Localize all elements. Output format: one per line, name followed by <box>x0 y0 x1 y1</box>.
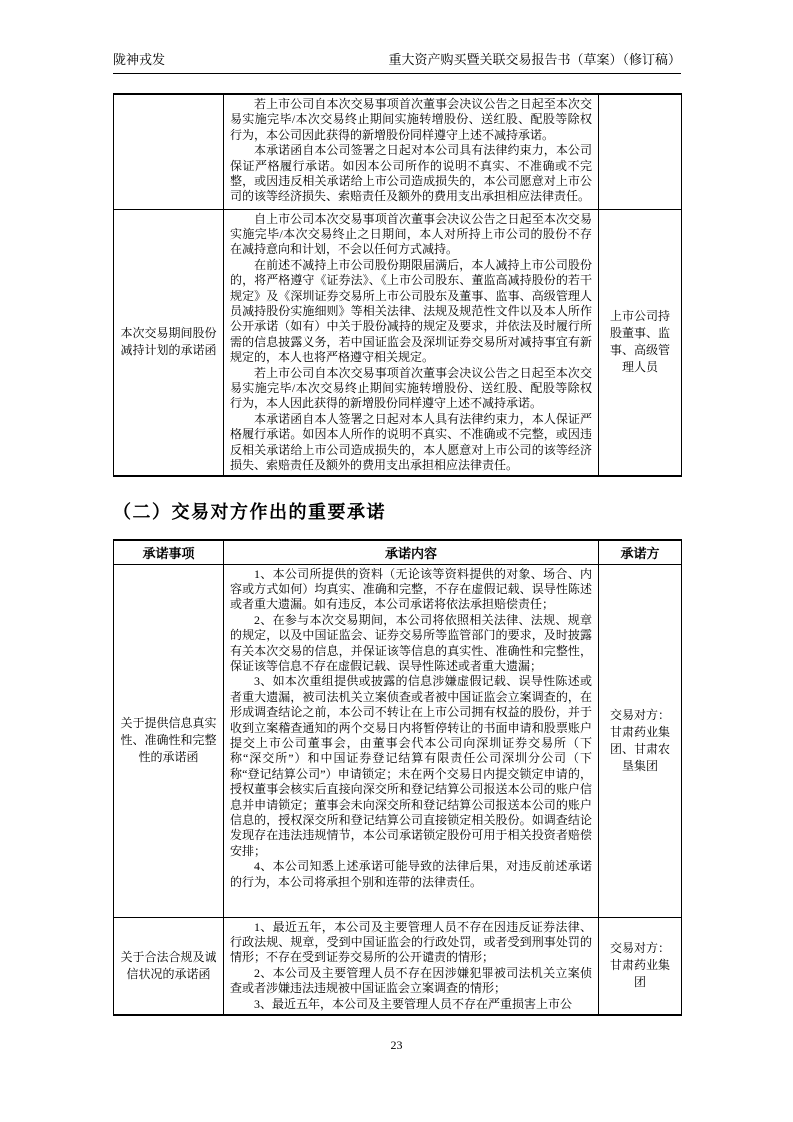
commitment-paragraph: 若上市公司自本次交易事项首次董事会决议公告之日起至本次交易实施完毕/本次交易终止… <box>230 366 592 412</box>
commitment-content-cell: 1、本公司所提供的资料（无论该等资料提供的对象、场合、内容或方式如何）均真实、准… <box>224 564 599 917</box>
commitment-party-cell: 交易对方：甘肃药业集团、甘肃农垦集团 <box>599 564 682 917</box>
header-report-title: 重大资产购买暨关联交易报告书（草案）（修订稿） <box>388 52 681 68</box>
commitment-paragraph: 3、如本次重组提供或披露的信息涉嫌虚假记载、误导性陈述或者重大遗漏，被司法机关立… <box>230 674 592 859</box>
table-row: 若上市公司自本次交易事项首次董事会决议公告之日起至本次交易实施完毕/本次交易终止… <box>114 94 682 209</box>
commitment-paragraph: 自上市公司本次交易事项首次董事会决议公告之日起至本次交易实施完毕/本次交易终止之… <box>230 212 592 258</box>
commitment-content-cell: 1、最近五年，本公司及主要管理人员不存在因违反证券法律、行政法规、规章，受到中国… <box>224 917 599 1015</box>
commitment-item-cell: 关于提供信息真实性、准确性和完整性的承诺函 <box>114 564 224 917</box>
column-header-commitment-content: 承诺内容 <box>224 540 599 564</box>
commitment-paragraph: 2、在参与本次交易期间，本公司将依照相关法律、法规、规章的规定，以及中国证监会、… <box>230 613 592 675</box>
commitment-paragraph: 本承诺函自本人签署之日起对本人具有法律约束力，本人保证严格履行承诺。如因本人所作… <box>230 412 592 474</box>
page-number: 23 <box>0 1038 793 1053</box>
commitment-party-cell <box>599 94 682 209</box>
commitment-paragraph: 4、本公司知悉上述承诺可能导致的法律后果，对违反前述承诺的行为，本公司将承担个别… <box>230 859 592 890</box>
commitment-content-cell: 若上市公司自本次交易事项首次董事会决议公告之日起至本次交易实施完毕/本次交易终止… <box>224 94 599 209</box>
header-company-name: 陇神戎发 <box>113 52 165 68</box>
commitment-item-cell: 本次交易期间股份减持计划的承诺函 <box>114 209 224 476</box>
commitment-paragraph: 1、本公司所提供的资料（无论该等资料提供的对象、场合、内容或方式如何）均真实、准… <box>230 567 592 613</box>
commitment-party-cell: 交易对方：甘肃药业集团 <box>599 917 682 1015</box>
commitment-party-cell: 上市公司持股董事、监事、高级管理人员 <box>599 209 682 476</box>
commitment-paragraph: 若上市公司自本次交易事项首次董事会决议公告之日起至本次交易实施完毕/本次交易终止… <box>230 97 592 143</box>
table-row: 本次交易期间股份减持计划的承诺函 自上市公司本次交易事项首次董事会决议公告之日起… <box>114 209 682 476</box>
commitment-paragraph: 在前述不减持上市公司股份期限届满后，本人减持上市公司股份的，将严格遵守《证券法》… <box>230 258 592 366</box>
commitment-content-cell: 自上市公司本次交易事项首次董事会决议公告之日起至本次交易实施完毕/本次交易终止之… <box>224 209 599 476</box>
counterparty-commitments-table: 承诺事项 承诺内容 承诺方 关于提供信息真实性、准确性和完整性的承诺函 1、本公… <box>113 539 682 1016</box>
column-header-commitment-party: 承诺方 <box>599 540 682 564</box>
commitment-item-cell: 关于合法合规及诚信状况的承诺函 <box>114 917 224 1015</box>
commitment-item-cell <box>114 94 224 209</box>
commitment-paragraph: 本承诺函自本公司签署之日起对本公司具有法律约束力，本公司保证严格履行承诺。如因本… <box>230 143 592 205</box>
document-page: 陇神戎发 重大资产购买暨关联交易报告书（草案）（修订稿） 若上市公司自本次交易事… <box>0 0 793 1122</box>
table-header-row: 承诺事项 承诺内容 承诺方 <box>114 540 682 564</box>
document-header: 陇神戎发 重大资产购买暨关联交易报告书（草案）（修订稿） <box>113 52 681 74</box>
table-row: 关于合法合规及诚信状况的承诺函 1、最近五年，本公司及主要管理人员不存在因违反证… <box>114 917 682 1015</box>
commitment-paragraph: 1、最近五年，本公司及主要管理人员不存在因违反证券法律、行政法规、规章，受到中国… <box>230 920 592 966</box>
table-row: 关于提供信息真实性、准确性和完整性的承诺函 1、本公司所提供的资料（无论该等资料… <box>114 564 682 917</box>
commitment-paragraph: 2、本公司及主要管理人员不存在因涉嫌犯罪被司法机关立案侦查或者涉嫌违法违规被中国… <box>230 966 592 997</box>
commitments-table-continued: 若上市公司自本次交易事项首次董事会决议公告之日起至本次交易实施完毕/本次交易终止… <box>113 93 682 477</box>
section-heading: （二）交易对方作出的重要承诺 <box>113 498 386 524</box>
column-header-commitment-item: 承诺事项 <box>114 540 224 564</box>
commitment-paragraph: 3、最近五年，本公司及主要管理人员不存在严重损害上市公 <box>230 997 592 1012</box>
